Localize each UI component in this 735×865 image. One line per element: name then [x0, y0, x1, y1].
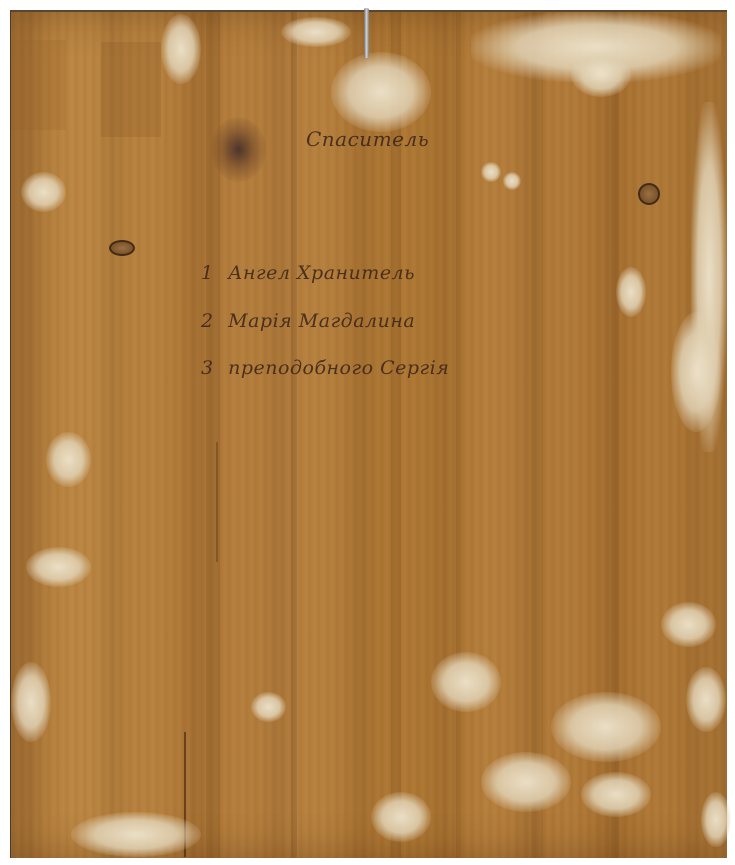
- gesso-blotch: [481, 162, 501, 182]
- gesso-blotch: [701, 792, 731, 847]
- gesso-blotch: [581, 772, 651, 817]
- grain-stripe: [531, 12, 543, 858]
- inscription-number: 1: [201, 262, 214, 284]
- gesso-blotch: [686, 667, 726, 732]
- inscription-number: 2: [201, 310, 214, 332]
- gesso-blotch: [616, 267, 646, 317]
- inscription-text: преподобного Сергія: [228, 357, 449, 379]
- gesso-blotch: [503, 172, 521, 190]
- crack: [216, 442, 218, 562]
- hanging-hook: [364, 8, 369, 58]
- inscription-line-3: 3 преподобного Сергія: [201, 357, 449, 379]
- gesso-blotch: [481, 752, 571, 812]
- wood-knot: [109, 240, 135, 256]
- grain-stripe: [456, 12, 461, 858]
- inscription-text: Марія Магдалина: [228, 310, 415, 332]
- gesso-blotch: [331, 52, 431, 132]
- wood-patch: [101, 42, 161, 137]
- gesso-blotch: [571, 52, 631, 97]
- gesso-blotch: [671, 312, 721, 432]
- wood-knot: [638, 183, 660, 205]
- gesso-blotch: [661, 602, 716, 647]
- gesso-blotch: [251, 692, 286, 722]
- wood-patch: [11, 40, 66, 130]
- gesso-blotch: [431, 652, 501, 712]
- inscription-text: Ангел Хранитель: [228, 262, 415, 284]
- gesso-blotch: [71, 812, 201, 857]
- gesso-blotch: [26, 547, 91, 587]
- inscription-line-2: 2 Марія Магдалина: [201, 310, 415, 332]
- gesso-blotch: [161, 14, 201, 84]
- inscription-title: Спаситель: [306, 127, 429, 151]
- gesso-blotch: [11, 662, 51, 742]
- gesso-blotch: [21, 172, 66, 212]
- gesso-blotch: [46, 432, 91, 487]
- wood-knot: [211, 117, 266, 182]
- gesso-blotch: [371, 792, 431, 842]
- gesso-blotch: [281, 17, 351, 47]
- gesso-blotch: [551, 692, 661, 762]
- inscription-number: 3: [201, 357, 214, 379]
- inscription-line-1: 1 Ангел Хранитель: [201, 262, 415, 284]
- wooden-panel: Спаситель 1 Ангел Хранитель 2 Марія Магд…: [10, 10, 727, 858]
- grain-stripe: [291, 12, 297, 858]
